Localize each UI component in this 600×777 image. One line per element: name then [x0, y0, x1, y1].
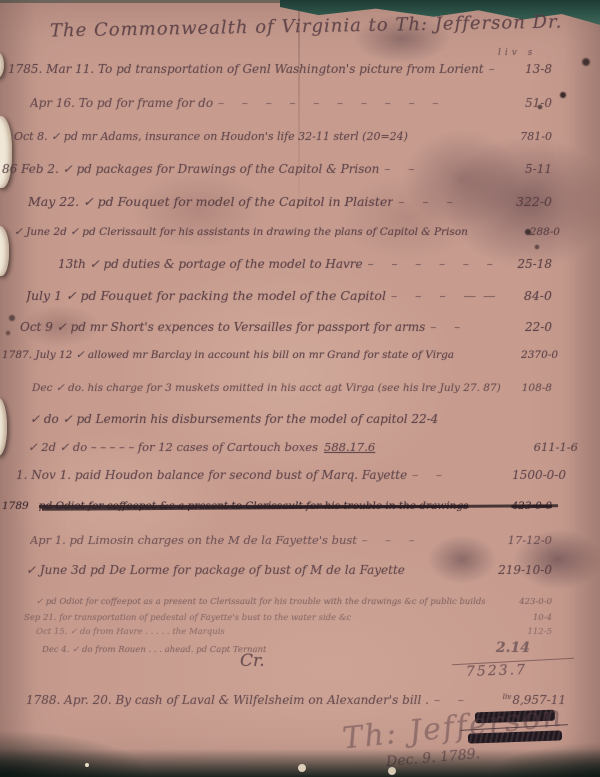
ledger-row-text: 1785. Mar 11. To pd transportation of Ge…: [8, 62, 484, 76]
ledger-row-amount: 781-0: [520, 130, 552, 143]
ledger-row: Dec ✓ do. his charge for 3 muskets omitt…: [32, 382, 552, 394]
ledger-row: Oct 9 ✓ pd mr Short's expences to Versai…: [20, 320, 552, 334]
bottom-specks: [85, 763, 89, 767]
bottom-right-stain: [490, 743, 600, 777]
dash-leader: – – – ——: [391, 288, 511, 303]
currency-unit: liv: [503, 692, 512, 701]
dash-leader: – –: [489, 62, 512, 76]
ledger-row: ✓ pd Odiot for coffeepot as a present to…: [36, 597, 552, 607]
ledger-row: ✓ June 2d ✓ pd Clerissault for his assis…: [14, 226, 560, 238]
ledger-row-text: 1. Nov 1. paid Houdon balance for second…: [16, 468, 407, 482]
ledger-row: Sep 21. for transportation of pedestal o…: [24, 613, 552, 623]
ledger-row-text: 13th ✓ pd duties & portage of the model …: [58, 257, 363, 271]
ledger-row: May 22. ✓ pd Fouquet for model of the Ca…: [28, 194, 552, 209]
dash-leader: – – – – – – – – – –: [218, 96, 512, 110]
ledger-row: 1787. July 12 ✓ allowed mr Barclay in ac…: [2, 349, 558, 361]
dash-leader: – –: [412, 468, 499, 482]
ledger-row-amount: 17-12-0: [508, 533, 552, 547]
ledger-row-amount: 13-8: [525, 62, 552, 76]
ledger-row: ✓ June 3d pd De Lorme for package of bus…: [26, 563, 552, 577]
ledger-row-text: 1788. Apr. 20. By cash of Laval & Wilfel…: [26, 693, 429, 707]
ledger-row: Oct 8. ✓ pd mr Adams, insurance on Houdo…: [14, 130, 552, 143]
ledger-row: 13th ✓ pd duties & portage of the model …: [58, 257, 552, 271]
ledger-row-amount: 25-18: [517, 257, 552, 271]
ledger-row: 1788. Apr. 20. By cash of Laval & Wilfel…: [26, 692, 566, 707]
ledger-row-amount: 322-0: [516, 194, 552, 209]
ledger-row-amount: 10-4: [533, 613, 552, 623]
ledger-row-year: 1789: [2, 500, 29, 512]
ledger-row-text: Dec ✓ do. his charge for 3 muskets omitt…: [32, 382, 501, 394]
ledger-row: 1. Nov 1. paid Houdon balance for second…: [16, 468, 566, 482]
ledger-row: July 1 ✓ pd Fouquet for packing the mode…: [26, 288, 552, 303]
ledger-underlined-amount: 588.17.6: [324, 440, 375, 454]
ledger-row-text: July 1 ✓ pd Fouquet for packing the mode…: [26, 288, 386, 303]
ledger-row-text: ✓ June 3d pd De Lorme for package of bus…: [26, 563, 405, 577]
ledger-row-text: Dec 4. ✓ do from Rouen . . . ahead. pd C…: [42, 645, 266, 655]
ledger-row: ✓ do ✓ pd Lemorin his disbursements for …: [30, 412, 552, 426]
ledger-row: 1789pd Odiot for coffeepot &c a present …: [2, 500, 552, 512]
ledger-row-text: Oct 9 ✓ pd mr Short's expences to Versai…: [20, 320, 425, 334]
ledger-row-amount: 5-11: [525, 162, 552, 176]
ledger-row-text: Sep 21. for transportation of pedestal o…: [24, 613, 351, 623]
ledger-row-text: Apr 16. To pd for frame for do: [30, 96, 213, 110]
ledger-row-amount: 108-8: [522, 382, 552, 394]
ledger-row-text: Oct 8. ✓ pd mr Adams, insurance on Houdo…: [14, 130, 408, 143]
ledger-row: ✓ 2d ✓ do – – – – – for 12 cases of Cart…: [28, 440, 578, 454]
ledger-row-text: 86 Feb 2. ✓ pd packages for Drawings of …: [2, 162, 379, 176]
ledger-row-amount: 423-0-0: [519, 597, 552, 607]
ledger-row-text: May 22. ✓ pd Fouquet for model of the Ca…: [28, 194, 393, 209]
ledger-row: 86 Feb 2. ✓ pd packages for Drawings of …: [2, 162, 552, 176]
ledger-row-amount: 1500-0-0: [512, 468, 566, 482]
ledger-row-text: 1787. July 12 ✓ allowed mr Barclay in ac…: [2, 349, 454, 361]
ledger-row-amount: 2370-0: [521, 349, 558, 361]
dash-leader: – – – – – –: [368, 257, 505, 271]
dash-leader: – –: [430, 320, 512, 334]
dash-leader: – –: [384, 162, 512, 176]
ledger-row-text: ✓ pd Odiot for coffeepot as a present to…: [36, 597, 486, 607]
ledger-row-amount: 288-0: [530, 226, 560, 238]
ledger-row-amount: 219-10-0: [498, 563, 552, 577]
ledger-row-amount: 51-0: [525, 96, 552, 110]
debit-total: 7523.7: [466, 662, 528, 680]
ledger-row-text: ✓ 2d ✓ do – – – – – for 12 cases of Cart…: [28, 440, 318, 454]
dash-leader: – –: [434, 693, 490, 707]
ledger-row-text: ✓ do ✓ pd Lemorin his disbursements for …: [30, 412, 438, 426]
ledger-row-text: ✓ June 2d ✓ pd Clerissault for his assis…: [14, 226, 468, 238]
ledger-row: 1785. Mar 11. To pd transportation of Ge…: [8, 62, 552, 76]
ledger-row-text: Apr 1. pd Limosin charges on the M de la…: [30, 533, 357, 547]
ledger-row-amount: 2.14: [496, 640, 530, 656]
currency-column-header: liv s: [498, 48, 536, 58]
ledger-row-amount: 84-0: [524, 288, 552, 303]
ledger-row-amount: 112-5: [527, 627, 552, 637]
ledger-row-text: Oct 15. ✓ do from Havre . . . . . the Ma…: [36, 627, 225, 637]
dash-leader: – – –: [398, 194, 503, 209]
manuscript-scan: The Commonwealth of Virginia to Th: Jeff…: [0, 0, 600, 777]
ledger-row: Apr 1. pd Limosin charges on the M de la…: [30, 533, 552, 547]
credit-heading: Cr.: [240, 651, 265, 671]
dash-leader: – – –: [362, 533, 495, 547]
ledger-row-amount: 423-0-0: [512, 500, 553, 512]
ledger-row: Dec 4. ✓ do from Rouen . . . ahead. pd C…: [42, 640, 530, 656]
ledger-row-amount: 22-0: [525, 320, 552, 334]
ledger-row: Oct 15. ✓ do from Havre . . . . . the Ma…: [36, 627, 552, 637]
ledger-row-text: pd Odiot for coffeepot &c a present to C…: [39, 500, 469, 512]
ledger-row: Apr 16. To pd for frame for do– – – – – …: [30, 96, 552, 110]
bottom-left-stain: [0, 731, 150, 777]
ledger-row-amount: 611-1-6: [534, 440, 578, 454]
